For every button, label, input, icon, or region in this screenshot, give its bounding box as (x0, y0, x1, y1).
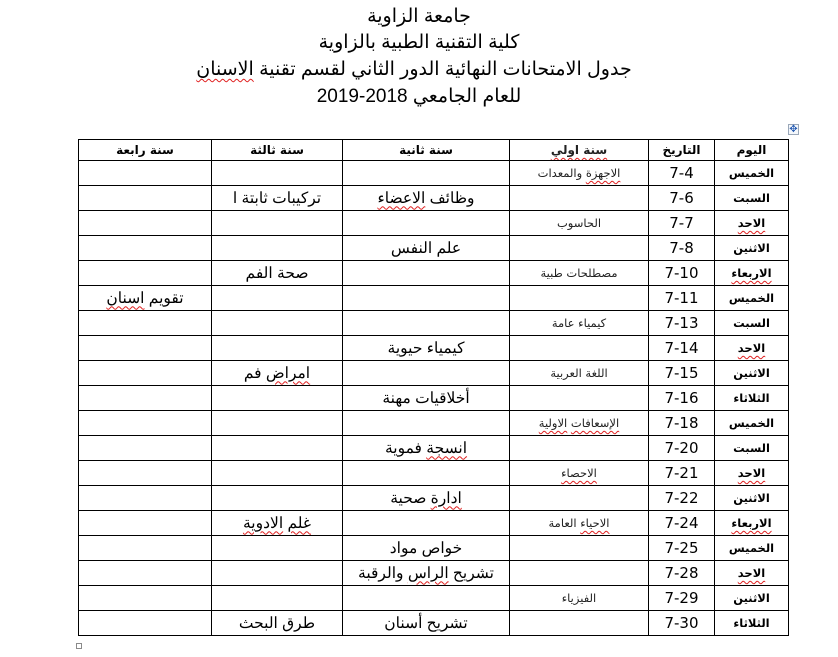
schedule-title-department: الاسنان (196, 59, 254, 80)
cell-date: 7-28 (649, 561, 715, 586)
cell-year4 (79, 611, 212, 636)
cell-year3 (212, 536, 343, 561)
table-row: الخميس7-18الإسعافات الاولية (79, 411, 789, 436)
cell-year3 (212, 411, 343, 436)
university-title: جامعة الزاوية (0, 6, 838, 28)
table-row: الاحد7-7الحاسوب (79, 211, 789, 236)
cell-year2 (343, 411, 510, 436)
cell-day: السبت (715, 436, 789, 461)
cell-year3 (212, 311, 343, 336)
cell-year2 (343, 461, 510, 486)
cell-year2: انسجة فموية (343, 436, 510, 461)
header-date: التاريخ (649, 140, 715, 161)
cell-year1 (510, 436, 649, 461)
table-header-row: اليوم التاريخ سنة اولي سنة ثانية سنة ثال… (79, 140, 789, 161)
cell-year2 (343, 286, 510, 311)
cell-date: 7-30 (649, 611, 715, 636)
cell-year3 (212, 461, 343, 486)
cell-year2 (343, 361, 510, 386)
faculty-title: كلية التقنية الطبية بالزاوية (0, 32, 838, 54)
cell-year3 (212, 236, 343, 261)
cell-year4 (79, 161, 212, 186)
cell-year1 (510, 536, 649, 561)
cell-day: الثلاثاء (715, 611, 789, 636)
cell-year3: غلم الادوية (212, 511, 343, 536)
cell-day: الخميس (715, 161, 789, 186)
table-row: الاحد7-21الاحصاء (79, 461, 789, 486)
table-body: الخميس7-4الاجهزة والمعداتالسبت7-6وظائف ا… (79, 161, 789, 636)
table-row: الاربعاء7-10مصطلحات طبيةصحة الفم (79, 261, 789, 286)
cell-year3: صحة الفم (212, 261, 343, 286)
table-row: السبت7-20انسجة فموية (79, 436, 789, 461)
cell-year1 (510, 336, 649, 361)
cell-day: الخميس (715, 536, 789, 561)
cell-date: 7-24 (649, 511, 715, 536)
cell-day: السبت (715, 311, 789, 336)
cell-date: 7-21 (649, 461, 715, 486)
cell-year4 (79, 511, 212, 536)
table-row: الاثنين7-22ادارة صحية (79, 486, 789, 511)
table-row: الاثنين7-15اللغة العربيةامراض فم (79, 361, 789, 386)
cell-year4 (79, 561, 212, 586)
cell-year2 (343, 586, 510, 611)
cell-day: الاحد (715, 336, 789, 361)
table-row: الاربعاء7-24الاحياء العامةغلم الادوية (79, 511, 789, 536)
cell-year4 (79, 336, 212, 361)
cell-year1: الإسعافات الاولية (510, 411, 649, 436)
cell-year4 (79, 211, 212, 236)
cell-day: الاثنين (715, 586, 789, 611)
cell-date: 7-22 (649, 486, 715, 511)
cell-date: 7-7 (649, 211, 715, 236)
cell-year2: تشريح أسنان (343, 611, 510, 636)
cell-year4 (79, 186, 212, 211)
cell-year4 (79, 386, 212, 411)
table-row: الخميس7-4الاجهزة والمعدات (79, 161, 789, 186)
cell-year3 (212, 586, 343, 611)
cell-year3: طرق البحث (212, 611, 343, 636)
cell-day: الثلاثاء (715, 386, 789, 411)
cell-year4 (79, 411, 212, 436)
cell-year1: كيمياء عامة (510, 311, 649, 336)
cell-year1: الاجهزة والمعدات (510, 161, 649, 186)
cell-day: الاربعاء (715, 511, 789, 536)
cell-year2: أخلاقيات مهنة (343, 386, 510, 411)
cell-date: 7-6 (649, 186, 715, 211)
exam-schedule-table: اليوم التاريخ سنة اولي سنة ثانية سنة ثال… (78, 139, 789, 636)
cell-year2 (343, 261, 510, 286)
cell-year1: الفيزياء (510, 586, 649, 611)
cell-year1 (510, 286, 649, 311)
cell-year3 (212, 486, 343, 511)
cell-day: الخميس (715, 411, 789, 436)
cell-year3 (212, 286, 343, 311)
cell-date: 7-8 (649, 236, 715, 261)
cell-year1 (510, 386, 649, 411)
cell-year3 (212, 336, 343, 361)
header-year1: سنة اولي (510, 140, 649, 161)
cell-date: 7-10 (649, 261, 715, 286)
cell-date: 7-11 (649, 286, 715, 311)
cell-date: 7-16 (649, 386, 715, 411)
table-row: السبت7-6وظائف الاعضاءتركيبات ثابتة ا (79, 186, 789, 211)
cell-year2: ادارة صحية (343, 486, 510, 511)
cell-day: الاربعاء (715, 261, 789, 286)
cell-date: 7-14 (649, 336, 715, 361)
table-row: الثلاثاء7-16أخلاقيات مهنة (79, 386, 789, 411)
cell-year4 (79, 461, 212, 486)
cell-year4 (79, 261, 212, 286)
table-row: الاثنين7-29الفيزياء (79, 586, 789, 611)
cell-year4 (79, 536, 212, 561)
cell-date: 7-13 (649, 311, 715, 336)
cell-year2: وظائف الاعضاء (343, 186, 510, 211)
cell-date: 7-15 (649, 361, 715, 386)
cell-year3: تركيبات ثابتة ا (212, 186, 343, 211)
cell-year4 (79, 236, 212, 261)
table-row: السبت7-13كيمياء عامة (79, 311, 789, 336)
cell-year4 (79, 486, 212, 511)
cell-year4 (79, 361, 212, 386)
cell-year1 (510, 236, 649, 261)
cell-year1 (510, 186, 649, 211)
cell-day: الاحد (715, 211, 789, 236)
cell-year1: الحاسوب (510, 211, 649, 236)
cell-year2 (343, 311, 510, 336)
cell-year3 (212, 161, 343, 186)
cell-year2 (343, 211, 510, 236)
cell-year2: تشريح الراس والرقبة (343, 561, 510, 586)
cell-day: الاحد (715, 561, 789, 586)
academic-year: للعام الجامعي 2018-2019 (0, 86, 838, 108)
header-year2: سنة ثانية (343, 140, 510, 161)
cell-year4 (79, 436, 212, 461)
cell-year3 (212, 211, 343, 236)
header-day: اليوم (715, 140, 789, 161)
cell-day: الخميس (715, 286, 789, 311)
table-row: الخميس7-11تقويم اسنان (79, 286, 789, 311)
table-row: الخميس7-25خواص مواد (79, 536, 789, 561)
cell-year1 (510, 611, 649, 636)
cell-day: الاحد (715, 461, 789, 486)
cell-day: الاثنين (715, 486, 789, 511)
cell-day: السبت (715, 186, 789, 211)
cell-year2: كيمياء حيوية (343, 336, 510, 361)
cell-day: الاثنين (715, 236, 789, 261)
cell-year1: الاحصاء (510, 461, 649, 486)
cell-year3 (212, 561, 343, 586)
cell-year3 (212, 386, 343, 411)
cell-date: 7-4 (649, 161, 715, 186)
table-row: الاثنين7-8علم النفس (79, 236, 789, 261)
table-row: الثلاثاء7-30تشريح أسنانطرق البحث (79, 611, 789, 636)
cell-date: 7-29 (649, 586, 715, 611)
table-resize-handle[interactable] (76, 643, 82, 649)
cell-year1: اللغة العربية (510, 361, 649, 386)
schedule-title: جدول الامتحانات النهائية الدور الثاني لق… (0, 59, 833, 81)
header-year4: سنة رابعة (79, 140, 212, 161)
schedule-title-text: جدول الامتحانات النهائية الدور الثاني لق… (254, 59, 632, 80)
cell-year2: علم النفس (343, 236, 510, 261)
table-row: الاحد7-14كيمياء حيوية (79, 336, 789, 361)
cell-year1 (510, 561, 649, 586)
cell-year4 (79, 311, 212, 336)
cell-year4: تقويم اسنان (79, 286, 212, 311)
cell-year3: امراض فم (212, 361, 343, 386)
cell-year1: الاحياء العامة (510, 511, 649, 536)
cell-year4 (79, 586, 212, 611)
cell-date: 7-20 (649, 436, 715, 461)
cell-date: 7-25 (649, 536, 715, 561)
cell-year3 (212, 436, 343, 461)
cell-year1 (510, 486, 649, 511)
cell-year2: خواص مواد (343, 536, 510, 561)
table-row: الاحد7-28تشريح الراس والرقبة (79, 561, 789, 586)
table-move-handle-icon[interactable]: ✥ (788, 124, 799, 135)
cell-year1: مصطلحات طبية (510, 261, 649, 286)
cell-day: الاثنين (715, 361, 789, 386)
cell-year2 (343, 161, 510, 186)
header-year3: سنة ثالثة (212, 140, 343, 161)
cell-date: 7-18 (649, 411, 715, 436)
cell-year2 (343, 511, 510, 536)
